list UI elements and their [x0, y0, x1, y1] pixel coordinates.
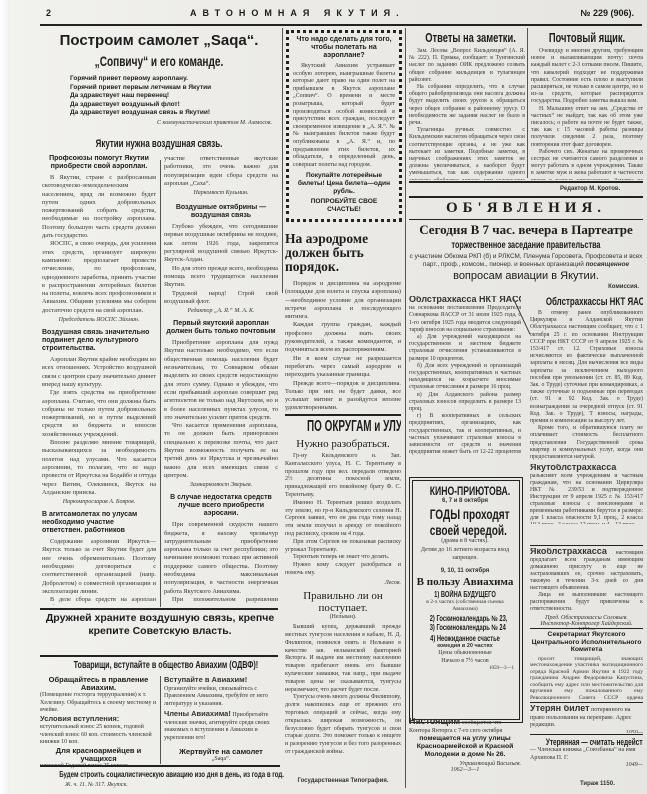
kino-content: КИНО-ПРИЮТОВА. 6, 7 и 8 октября ГОДЫ про… — [416, 484, 514, 716]
lottery-call: Покупайте лотерейные билеты! Цена билета… — [293, 172, 395, 196]
paragraph: Рабочего сих. Женатые на проверочных сес… — [531, 149, 643, 180]
editor-signature: Редактор М. Кротов. — [560, 186, 620, 194]
ticket-prices: Цены обыкновенные — [416, 650, 514, 658]
article-title: Первый якутский аэроплан должен быть тол… — [164, 320, 278, 336]
ad-number: 1049— — [530, 762, 643, 768]
notice-address: помещается на углу улицы Красноармейской… — [409, 735, 521, 759]
lost-ticket-notice: Утерян билет потерянного на право пользо… — [530, 705, 643, 733]
secretariat-notice: Секретариат Якутского Центрального Испол… — [530, 631, 643, 701]
paragraph: Глубоко убежден, что сегодняшние первые … — [164, 223, 278, 264]
paragraph: Бывший купец, державший прежде местных т… — [285, 624, 401, 694]
column-divider — [527, 28, 528, 178]
show-dates: 6, 7 и 8 октября — [416, 498, 514, 506]
lottery-title: Что надо сделать для того, чтобы полетат… — [293, 36, 395, 60]
paragraph: Очевидцу и многим другим, требующим ново… — [531, 48, 643, 106]
article-body: Очевидцу и многим другим, требующим ново… — [531, 48, 643, 180]
article-title: В агитсамолетах по улусам необходимо уча… — [42, 511, 156, 535]
paragraph: Зам. Лесова „Вопрос Кильдемцев“ (А. Я. №… — [409, 48, 525, 84]
ad-org: Облстрахкасса НКТ ЯАССР — [409, 296, 521, 304]
benefit-title: В пользу Авиахима — [416, 576, 514, 588]
print-run: Тираж 1150. — [580, 781, 615, 789]
article-body: Зам. Лесова „Вопрос Кильдемцев“ (А. Я. №… — [409, 48, 525, 180]
program-item: 3) Госкинокалендарь № 24 — [430, 623, 501, 632]
article-title: Правильно ли он поступает. — [285, 590, 401, 614]
notice-title: Секретариат Якутского Центрального Испол… — [530, 631, 643, 654]
event-signature: Комиссия. — [608, 284, 639, 292]
program-item: 4) Неожиданное счастье — [430, 634, 501, 643]
paragraph: Ни в коем случае не разрешается перебега… — [285, 355, 401, 380]
column-divider — [160, 160, 161, 607]
paragraph: При этом Сергеев не показывая расписку у… — [285, 539, 401, 555]
ad-strakh-4: Якоблстрахкасса настоящим предлагает все… — [530, 548, 643, 630]
article-signature: Наркомюст Кульмин. — [164, 190, 278, 196]
ad-strakh-3: Якутоблстрахкасса разъясняет всем учрежд… — [530, 464, 643, 524]
ad-text: Якоблстрахкасса настоящим предлагает все… — [530, 548, 643, 613]
paragraph: просит товарищей, знающих местонахождени… — [530, 656, 643, 702]
ad-text: Якутоблстрахкасса разъясняет всем учрежд… — [530, 464, 643, 524]
divider — [285, 414, 401, 416]
paragraph: Прежде всего—порядок и дисциплина. Тольк… — [285, 380, 401, 413]
article-body: Порядок и дисциплина на аэродроме (площа… — [285, 280, 401, 413]
start-time: Начало в 7½ часов — [416, 658, 514, 666]
avianim-right: Вступайте в Авиахим! Организуйте ячейки,… — [164, 676, 278, 764]
article-body: В Якутии, стране с разбросанным скотовод… — [42, 174, 156, 315]
section-title: Якутии нужна воздушная связь. — [73, 138, 244, 150]
divider — [530, 628, 643, 629]
section-title: ПО ОКРУГАМ и УЛУСАМ. — [307, 418, 379, 436]
film-genre: (драма в 8 частях). — [416, 538, 514, 546]
paragraph: Якутский Авиахим устраивает особую лотер… — [293, 63, 395, 169]
paragraph: Лица не выполнившие настоящего распоряже… — [530, 592, 643, 613]
notice-heading: Утерянная — считать недействительной — [546, 737, 627, 747]
notice-heading: Утерян билет — [530, 705, 590, 713]
paragraph: Но для этого прежде всего, необходима по… — [164, 265, 278, 290]
divider — [40, 608, 278, 610]
ad-org: Якутоблстрахкасса — [530, 464, 616, 472]
ad-text: Облстрахкасса НКТ ЯАССР на основании пос… — [409, 296, 521, 456]
paragraph: Где взять средства на приобретение аэроп… — [42, 389, 156, 439]
ad-org: Облстрахкассы НКТ ЯАССР. — [546, 296, 627, 308]
paragraph: настоящим предлагает всем гражданам имею… — [530, 550, 643, 591]
paragraph: Тулагинцы ручных совместно с Кильдемским… — [409, 127, 525, 180]
notice-lead: Настоящим — [409, 718, 460, 726]
paragraph: Порядок и дисциплина на аэродроме (площа… — [285, 280, 401, 321]
ad-number: 1059—3—1 — [416, 665, 514, 673]
paragraph: Трудовой народ! Строй свой воздушный фло… — [164, 290, 278, 307]
pochta-column: Почтовый ящик. Очевидцу и многим другим,… — [531, 30, 643, 180]
ad-text: В отмену ранее опубликованного Циркуляра… — [530, 310, 643, 461]
film-title: ГОДЫ проходят — [430, 506, 501, 522]
notice-yantorg: Настоящим сообщается что Контора Янторга… — [409, 718, 521, 788]
page-number: 2 — [46, 8, 51, 18]
article-body: При современной скудости нашего бюджета,… — [164, 521, 278, 605]
paragraph: разъясняет всем учреждениям и частным гр… — [530, 473, 643, 524]
notice-text: — Членская книжка „Союзбанка“ на имя Арх… — [530, 747, 643, 762]
paragraph: Аэроплан Якутии крайне необходим во всех… — [42, 356, 156, 389]
avianim-heading: Члены Авиахима! — [164, 709, 231, 718]
article-body: Бывший купец, державший прежде местных т… — [285, 624, 401, 757]
paragraph: г) В кооперативных и сельских предприяти… — [409, 413, 521, 456]
paragraph: Вполне разделяю мнение товарищей, высказ… — [42, 439, 156, 497]
lottery-call: ПОПРОБУЙТЕ СВОЕ СЧАСТЬЕ! — [293, 198, 395, 214]
divider — [409, 181, 643, 183]
issue-number: № 229 (906). — [580, 8, 634, 18]
divider — [530, 702, 643, 703]
article-body: Гр-ну Кильдемского н. Зап. Кангаласского… — [285, 453, 401, 578]
lottery-text: Якутский Авиахим устраивает особую лотер… — [293, 63, 395, 169]
divider — [409, 196, 643, 198]
paragraph: Приобретение аэроплана для нужд Якутии н… — [164, 339, 278, 422]
avianim-left: Обращайтесь в правление Авиахим. (Помеще… — [40, 676, 157, 770]
paragraph: Нужно кому следует разобраться и помочь … — [285, 562, 401, 578]
event-headline: Сегодня В 7 час. вечера в Партеатре — [409, 222, 643, 238]
bottom-slogan: Будем строить социалистическую авиацию и… — [59, 769, 261, 779]
divider — [409, 219, 643, 220]
article-body: Содержание аэролинии Иркутск—Якутск толь… — [42, 538, 156, 605]
okrugam-section: ПО ОКРУГАМ и УЛУСАМ. Нужно разобраться. … — [285, 418, 401, 788]
lottery-content: Что надо сделать для того, чтобы полетат… — [293, 36, 395, 216]
column-left: Профсоюзы помогут Якутии приобрести свой… — [42, 155, 156, 605]
ad-strakh-1: Облстрахкасса НКТ ЯАССР на основании пос… — [409, 296, 521, 456]
film-title: своей чередой. — [430, 522, 501, 538]
article-title: На аэродроме должен быть порядок. — [285, 232, 401, 274]
paragraph: Тунгусы очень много должны Филиппову, до… — [285, 694, 401, 756]
ads-title: ОБ'ЯВЛЕНИЯ. — [409, 200, 643, 217]
event-subtitle: торжественное заседание правительства — [442, 240, 610, 251]
article-title: Профсоюзы помогут Якутии приобрести свой… — [42, 155, 156, 171]
avianim-heading: Вступайте в Авиахим! — [164, 675, 247, 684]
newspaper-page: 2 АВТОНОМНАЯ ЯКУТИЯ. № 229 (906). Постро… — [0, 0, 647, 794]
show-dates: 9, 10, 11 октября — [416, 568, 514, 576]
article-title: В случае недостатка средств лучше всего … — [164, 494, 278, 518]
article-body: участие ответственные якутские работники… — [164, 155, 278, 188]
article-title: Воздушная связь значительно подвинет дел… — [42, 329, 156, 353]
article-body: Глубоко убежден, что сегодняшние первые … — [164, 223, 278, 306]
event-dedicated: посвященное — [586, 261, 629, 268]
paragraph: Именно Н. Терентьев решил возделать эту … — [285, 500, 401, 539]
ad-lead: на основании постановления Председателя … — [409, 305, 521, 333]
avianim-text: „Saqa“. — [164, 756, 278, 764]
program-item: 2) Госкинокалендарь № 23, — [430, 614, 501, 623]
headline-block: Построим самолет „Saqa“. „Сопвичу“ и его… — [40, 30, 278, 150]
article-signature: Редактор „А. Я.“ М. А. К. — [164, 308, 278, 314]
paragraph: участие ответственные якутские работники… — [164, 155, 278, 188]
ad-number: 1050— — [530, 730, 643, 734]
page-edge-shadow — [0, 0, 10, 794]
paragraph: Каждая группа граждан, каждый профсоюз д… — [285, 321, 401, 354]
avianim-box: Товарищи, вступайте в общество Авиахим (… — [40, 660, 280, 775]
paragraph: Терентьев теперь не знает что делать. — [285, 554, 401, 562]
paragraph: Кроме того, и обратившуюся плату не опла… — [530, 425, 643, 461]
avianim-heading: Для красноармейцев и учащихся — [40, 747, 157, 763]
divider — [40, 765, 280, 767]
greeting-signature: С коммунистическим приветом М. Аммосов. — [40, 120, 272, 126]
main-headline: Построим самолет „Saqa“. — [40, 32, 278, 49]
article-title: Нужно разобраться. — [285, 438, 401, 450]
paragraph: В Якутии, стране с разбросанным скотовод… — [42, 174, 156, 240]
event-topic: вопросам авиации в Якутии. — [409, 270, 643, 282]
slogan: Горячий привет первому аэроплану. — [70, 75, 278, 84]
avianim-text: вступительный взнос 25 копеек, годовой ч… — [40, 724, 152, 745]
imprint: Государственная Типография. — [285, 778, 401, 786]
ad-org: Якоблстрахкасса — [530, 548, 607, 556]
article-title: Воздушные октябрины — воздушная связь — [164, 204, 278, 220]
program-item: 1) ВОЙНА БУДУЩЕГО — [430, 590, 501, 599]
paragraph: При современной скудости нашего бюджета,… — [164, 521, 278, 596]
divider — [530, 545, 643, 546]
notice-body: просит товарищей, знающих местонахождени… — [530, 656, 643, 702]
paragraph: При положительном разрешении вопроса луч… — [164, 596, 278, 605]
program-item: в 2-х частях (собственная съемка Авиахим… — [416, 599, 514, 614]
column-center-left: участие ответственные якутские работники… — [164, 155, 278, 605]
otvety-column: Ответы на заметки. Зам. Лесова „Вопрос К… — [409, 30, 525, 180]
paragraph: На собрании определить, что в случае общ… — [409, 84, 525, 127]
paragraph: Н. Мальшину ответ на зам. „Средства от ч… — [531, 106, 643, 149]
avianim-heading: Обращайтесь в правление Авиахим. — [40, 676, 157, 692]
divider — [40, 655, 278, 657]
article-place: (Нельван). — [285, 614, 401, 622]
cinema-name: КИНО-ПРИЮТОВА. — [430, 484, 501, 498]
column-title: Почтовый ящик. — [547, 30, 628, 45]
paragraph: а) Для учреждений находящихся на государ… — [409, 334, 521, 363]
masthead: 2 АВТОНОМНАЯ ЯКУТИЯ. № 229 (906). — [40, 8, 640, 22]
article-signature: Замнаркомюст Эверьев. — [164, 482, 278, 488]
banner-slogan: Дружней храните воздушную связь, крепче … — [40, 612, 280, 638]
article-signature: Председатель ЯОСПС Эйхман. — [42, 317, 156, 323]
avianim-heading: Условия вступления: — [40, 714, 119, 723]
paper-title: АВТОНОМНАЯ ЯКУТИЯ. — [190, 8, 405, 18]
avianim-title: Товарищи, вступайте в общество Авиахим (… — [74, 660, 247, 671]
paragraph: Что касается применения аэроплана, то он… — [164, 422, 278, 480]
ad-number: 1062—3—1 — [409, 767, 521, 773]
event-text: с участием Обкома РКП (б) и РЛКСМ, Плену… — [409, 253, 643, 268]
greeting-title: „Сопвичу“ и его команде. — [73, 53, 244, 69]
article-body: Аэроплан Якутии крайне необходим во всех… — [42, 356, 156, 497]
slogan: Да здравствует наш первенец! — [70, 92, 278, 101]
article-body: Приобретение аэроплана для нужд Якутии н… — [164, 339, 278, 480]
avianim-heading: Жертвуйте на самолет — [164, 748, 278, 756]
ad-strakh-2: Облстрахкассы НКТ ЯАССР. В отмену ранее … — [530, 296, 643, 461]
avianim-text: (Помещение госторга террупраления) к т. … — [40, 692, 157, 715]
slogan: Да здравствует воздушный флот! — [70, 101, 278, 110]
paragraph: В деле сбора средств на аэроплан необход… — [42, 596, 156, 605]
paragraph: Содержание аэролинии Иркутск—Якутск толь… — [42, 538, 156, 596]
masthead-rule — [40, 24, 642, 26]
paragraph: в) Для Алданского района размер страховы… — [409, 392, 521, 414]
paragraph: В отмену ранее опубликованного Циркуляра… — [530, 310, 643, 425]
slogan-list: Горячий привет первому аэроплану. Горячи… — [70, 75, 278, 118]
divider — [530, 734, 643, 735]
paragraph: Гр-ну Кильдемского н. Зап. Кангаласского… — [285, 453, 401, 500]
slogan: Да здравствует воздушная связь в Якутии! — [70, 109, 278, 118]
column-title: Ответы на заметки. — [425, 30, 509, 45]
program-item: комедия в 20 частях — [416, 643, 514, 651]
column-divider — [160, 676, 161, 764]
paragraph: ЯОСПС, в свою очередь, для усиления этих… — [42, 240, 156, 315]
paragraph: б) Для всех учреждений и организаций гос… — [409, 363, 521, 392]
column-divider — [405, 28, 406, 788]
age-restriction: Детям до 16 летнего возраста вход запрещ… — [416, 547, 514, 562]
article-signature: Наркомпросзарав А. Бояров. — [42, 499, 156, 505]
column-divider — [282, 28, 283, 293]
imprint: Ж. ч. 11. № 317. Якутск. — [65, 782, 128, 790]
article-signature: Лесов. — [285, 580, 401, 586]
avianim-text: Организуйте ячейки, связывайтесь с Правл… — [164, 686, 268, 707]
slogan: Горячий привет первым летчикам в Якутии — [70, 84, 278, 93]
aerodrome-article: На аэродроме должен быть порядок. Порядо… — [285, 232, 401, 414]
invalid-notice: Утерянная — считать недействительной — Ч… — [530, 737, 643, 777]
